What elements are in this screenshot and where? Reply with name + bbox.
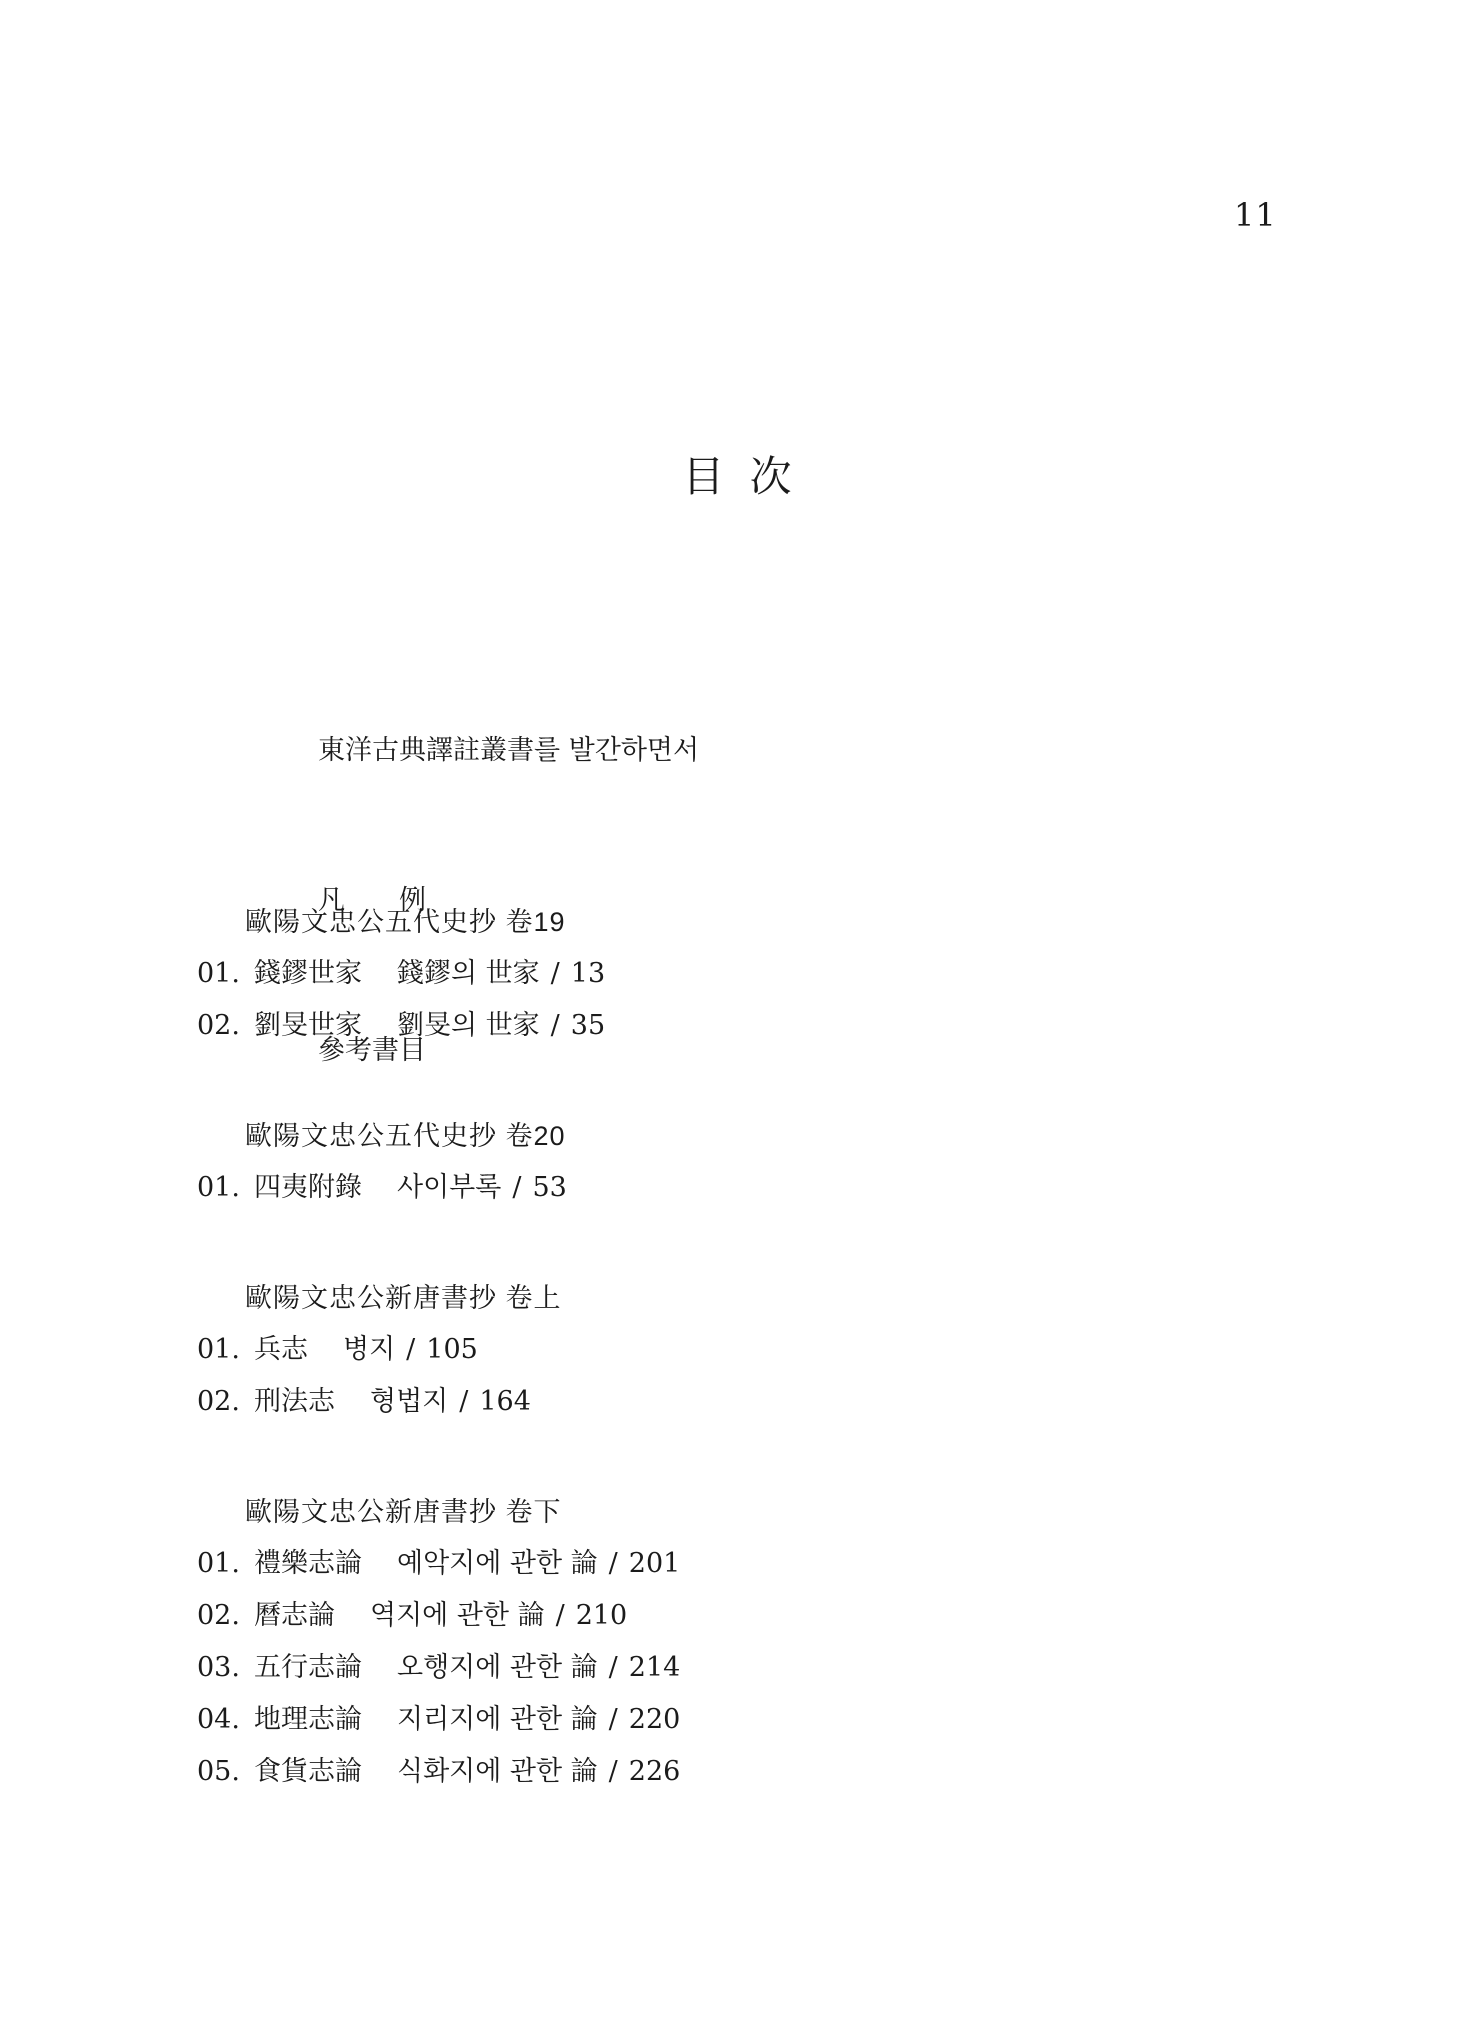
entry-title-korean: 예악지에 관한 論 — [397, 1548, 598, 1579]
entry-number: 01. — [197, 1324, 254, 1376]
entry-separator: / — [609, 1704, 618, 1735]
entry-page-number: 226 — [629, 1756, 681, 1787]
entry-number: 02. — [197, 1000, 254, 1052]
entry-number: 02. — [197, 1376, 254, 1428]
entry-separator: / — [459, 1386, 468, 1417]
entry-number: 01. — [197, 948, 254, 1000]
toc-section: 歐陽文忠公五代史抄 卷19 01.錢鏐世家錢鏐의 世家/13 02.劉旻世家劉旻… — [197, 896, 680, 1052]
table-of-contents: 歐陽文忠公五代史抄 卷19 01.錢鏐世家錢鏐의 世家/13 02.劉旻世家劉旻… — [197, 896, 680, 1856]
entry-separator: / — [512, 1172, 521, 1203]
entry-page-number: 105 — [426, 1334, 478, 1365]
entry-separator: / — [551, 1010, 560, 1041]
entry-title-hanja: 五行志論 — [254, 1652, 362, 1683]
page-number: 11 — [1234, 196, 1277, 234]
toc-section: 歐陽文忠公新唐書抄 卷上 01.兵志병지/105 02.刑法志형법지/164 — [197, 1272, 680, 1428]
entry-title-hanja: 錢鏐世家 — [254, 958, 362, 989]
entry-separator: / — [406, 1334, 415, 1365]
toc-entry: 05.食貨志論식화지에 관한 論/226 — [197, 1746, 680, 1798]
entry-separator: / — [609, 1548, 618, 1579]
entry-title-hanja: 曆志論 — [254, 1600, 335, 1631]
section-header: 歐陽文忠公新唐書抄 卷下 — [197, 1486, 680, 1538]
entry-title-hanja: 兵志 — [254, 1334, 308, 1365]
entry-number: 03. — [197, 1642, 254, 1694]
toc-entry: 01.禮樂志論예악지에 관한 論/201 — [197, 1538, 680, 1590]
entry-separator: / — [556, 1600, 565, 1631]
toc-section: 歐陽文忠公五代史抄 卷20 01.四夷附錄사이부록/53 — [197, 1110, 680, 1214]
entry-separator: / — [551, 958, 560, 989]
toc-entry: 01.錢鏐世家錢鏐의 世家/13 — [197, 948, 680, 1000]
toc-entry: 02.刑法志형법지/164 — [197, 1376, 680, 1428]
entry-title-hanja: 劉旻世家 — [254, 1010, 362, 1041]
entry-title-hanja: 禮樂志論 — [254, 1548, 362, 1579]
section-header: 歐陽文忠公五代史抄 卷19 — [197, 896, 680, 948]
entry-number: 02. — [197, 1590, 254, 1642]
toc-entry: 03.五行志論오행지에 관한 論/214 — [197, 1642, 680, 1694]
entry-page-number: 164 — [479, 1386, 531, 1417]
entry-number: 05. — [197, 1746, 254, 1798]
entry-page-number: 201 — [629, 1548, 681, 1579]
entry-title-korean: 錢鏐의 世家 — [397, 958, 540, 989]
entry-title-korean: 사이부록 — [397, 1172, 501, 1203]
toc-entry: 02.曆志論역지에 관한 論/210 — [197, 1590, 680, 1642]
entry-page-number: 35 — [571, 1010, 605, 1041]
entry-title-hanja: 食貨志論 — [254, 1756, 362, 1787]
entry-title-hanja: 刑法志 — [254, 1386, 335, 1417]
entry-title-korean: 역지에 관한 論 — [370, 1600, 545, 1631]
entry-page-number: 53 — [532, 1172, 566, 1203]
entry-page-number: 214 — [629, 1652, 681, 1683]
front-matter-item: 東洋古典譯註叢書를 발간하면서 — [318, 726, 699, 776]
toc-entry: 01.四夷附錄사이부록/53 — [197, 1162, 680, 1214]
entry-page-number: 13 — [571, 958, 605, 989]
entry-separator: / — [609, 1652, 618, 1683]
entry-separator: / — [609, 1756, 618, 1787]
entry-title-korean: 劉旻의 世家 — [397, 1010, 540, 1041]
entry-number: 01. — [197, 1538, 254, 1590]
toc-section: 歐陽文忠公新唐書抄 卷下 01.禮樂志論예악지에 관한 論/201 02.曆志論… — [197, 1486, 680, 1798]
entry-title-hanja: 四夷附錄 — [254, 1172, 362, 1203]
toc-entry: 02.劉旻世家劉旻의 世家/35 — [197, 1000, 680, 1052]
entry-title-korean: 오행지에 관한 論 — [397, 1652, 598, 1683]
section-header: 歐陽文忠公五代史抄 卷20 — [197, 1110, 680, 1162]
entry-title-korean: 병지 — [343, 1334, 395, 1365]
entry-title-korean: 지리지에 관한 論 — [397, 1704, 598, 1735]
section-header: 歐陽文忠公新唐書抄 卷上 — [197, 1272, 680, 1324]
entry-number: 04. — [197, 1694, 254, 1746]
toc-entry: 01.兵志병지/105 — [197, 1324, 680, 1376]
entry-title-korean: 식화지에 관한 論 — [397, 1756, 598, 1787]
entry-page-number: 210 — [576, 1600, 628, 1631]
entry-title-hanja: 地理志論 — [254, 1704, 362, 1735]
entry-page-number: 220 — [629, 1704, 681, 1735]
entry-title-korean: 형법지 — [370, 1386, 448, 1417]
entry-number: 01. — [197, 1162, 254, 1214]
page-title: 目 次 — [0, 444, 1480, 504]
toc-entry: 04.地理志論지리지에 관한 論/220 — [197, 1694, 680, 1746]
